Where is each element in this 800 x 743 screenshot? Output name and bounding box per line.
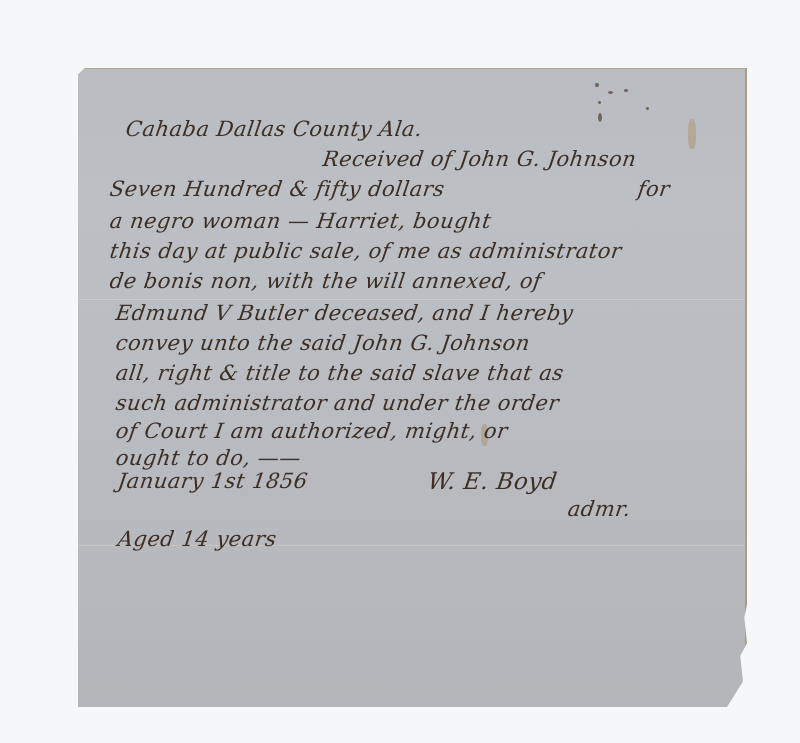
header-place: Cahaba Dallas County Ala. (124, 117, 424, 141)
body-line-deceased: Edmund V Butler deceased, and I hereby (114, 301, 575, 325)
scan-frame: Cahaba Dallas County Ala. Received of Jo… (0, 0, 800, 743)
body-line-will: de bonis non, with the will annexed, of (108, 269, 543, 293)
body-line-description: a negro woman — Harriet, bought (108, 209, 493, 233)
body-line-amount: Seven Hundred & fifty dollars (108, 177, 446, 201)
ink-spot (624, 89, 628, 92)
paper-sheet: Cahaba Dallas County Ala. Received of Jo… (78, 68, 747, 707)
signature-name: W. E. Boyd (426, 469, 559, 495)
body-line-received: Received of John G. Johnson (321, 147, 638, 171)
signature-title: admr. (566, 497, 632, 521)
ink-spot (646, 107, 649, 110)
stain (688, 119, 696, 149)
note-age: Aged 14 years (116, 527, 278, 551)
ink-spot (595, 83, 599, 87)
ink-spot (598, 101, 601, 104)
body-line-administrator: such administrator and under the order (114, 391, 560, 415)
body-line-sale: this day at public sale, of me as admini… (108, 239, 623, 263)
ink-spot (598, 113, 602, 122)
body-line-convey: convey unto the said John G. Johnson (114, 331, 531, 355)
body-line-title: all, right & title to the said slave tha… (114, 361, 565, 385)
ink-spot (608, 91, 613, 94)
body-line-court: of Court I am authorized, might, or (114, 419, 509, 443)
body-line-for: for (636, 177, 671, 201)
body-line-ought: ought to do, —— (114, 446, 302, 470)
date: January 1st 1856 (116, 469, 309, 493)
